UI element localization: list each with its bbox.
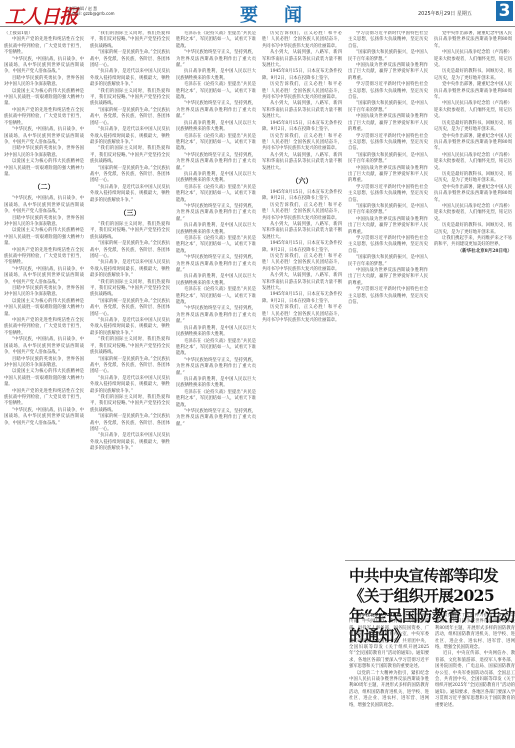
paragraph: “抗日战争，是近代以来中国人民反抗外敌入侵持续时间最长、规模最大、牺牲最多的民族…	[90, 433, 170, 452]
paragraph: 中国共产党的先进性和纯洁性在全民族抗战中得到检验，广大党员勇于担当，不怕牺牲。	[4, 389, 84, 408]
paragraph: 目睹中华民族的英勇抗争，世界各国对中国人民的斗争深表敬意。	[4, 216, 84, 229]
paragraph: 近日，中央宣传部、中央网信办、教育部、文化和旅游部、退役军人事务部、国务院国资委…	[349, 613, 429, 669]
section-title: 要闻	[240, 1, 328, 27]
paragraph: 中国抗战为世界反法西斯战争胜利作出了巨大贡献，赢得了世界爱好和平人民的尊重。	[348, 268, 428, 287]
paragraph: “抗日战争，是近代以来中国人民反抗外敌入侵持续时间最长、规模最大、牺牲最多的民族…	[90, 318, 170, 337]
paragraph: 中国人民抗日战争纪念馆（卢沟桥）迎来大批参观者，人们缅怀先烈，铭记历史。	[434, 101, 512, 120]
paragraph: 目睹中华民族的英勇抗争，世界各国对中国人民的斗争深表敬意。	[4, 357, 84, 370]
issue-date: 2025年8月29日 星期五	[418, 10, 472, 17]
paragraph: 中国人民抗日战争纪念馆（卢沟桥）迎来大批参观者，人们缅怀先烈，铭记历史。	[434, 204, 512, 223]
paragraph: “中华民族始终坚守正义，坚持到底，为世界反法西斯战争胜利作出了重大贡献。”	[176, 101, 256, 120]
paragraph: 以爱国主义为核心的伟大民族精神是中国人民战胜一切艰难险阻的强大精神力量。	[4, 369, 84, 388]
paragraph: 毛泽东在《论持久战》里提出“兵民是胜利之本”，军民团结如一人，试看天下谁能敌。	[176, 287, 256, 306]
paragraph: “国家的统一是民族的生命。”全民族抗战中，各党派、各民族、各阶层、各团体团结一心…	[90, 166, 170, 185]
paragraph: “国家的强大和民族的振兴，是中国人民千百年来的梦想。”	[348, 204, 428, 217]
paragraph: 中国共产党的先进性和纯洁性在全民族抗战中得到检验，广大党员勇于担当，不怕牺牲。	[4, 37, 84, 56]
paragraph: “国家的强大和民族的振兴，是中国人民千百年来的梦想。”	[348, 255, 428, 268]
paragraph: 以爱国主义为核心的伟大民族精神是中国人民战胜一切艰难险阻的强大精神力量。	[4, 89, 84, 108]
paragraph: “我们的国际主义同时，我们热爱和平，我们反对侵略。”中国共产党坚持全民族抗战路线…	[90, 280, 170, 299]
paragraph: “中华民族始终坚守正义，坚持到底，为世界反法西斯战争胜利作出了重大贡献。”	[176, 50, 256, 69]
paragraph: “国家的统一是民族的生命。”全民族抗战中，各党派、各民族、各阶层、各团体团结一心…	[90, 299, 170, 318]
paragraph: 抗日战争的胜利，是中国人民以巨大民族牺牲换来的伟大胜利。	[176, 172, 256, 185]
paragraph: 中国人民抗日战争纪念馆（卢沟桥）迎来大批参观者，人们缅怀先烈，铭记历史。	[434, 153, 512, 172]
column-4: 历史告诉我们，正义必胜！和平必胜！人民必胜！全国各族人民团结奋斗，共同书写中华民…	[262, 31, 342, 559]
paragraph: 学习贯彻习近平新时代中国特色社会主义思想，弘扬伟大抗战精神，坚定历史自信。	[348, 236, 428, 255]
header-divider	[0, 26, 515, 27]
paragraph: “抗日战争，是近代以来中国人民反抗外敌入侵持续时间最长、规模最大、牺牲最多的民族…	[90, 376, 170, 395]
paragraph: 从小到大，从弱到强，八路军、新四军和华南抗日游击队等抗日武装力量不断发展壮大。	[262, 50, 342, 69]
second-article-column-2: 以党的二十大精神为指引，紧扣纪念中国人民抗日战争暨世界反法西斯战争胜利80周年主…	[435, 613, 515, 709]
paragraph: “国家的强大和民族的振兴，是中国人民千百年来的梦想。”	[348, 101, 428, 114]
paragraph: “我们的国际主义同时，我们热爱和平，我们反对侵略。”中国共产党坚持全民族抗战路线…	[90, 337, 170, 356]
paragraph: “国家的统一是民族的生命。”全民族抗战中，各党派、各民族、各阶层、各团体团结一心…	[90, 241, 170, 260]
paragraph: 中国抗战为世界反法西斯战争胜利作出了巨大贡献，赢得了世界爱好和平人民的尊重。	[348, 114, 428, 133]
paragraph: 以爱国主义为核心的伟大民族精神是中国人民战胜一切艰难险阻的强大精神力量。	[4, 159, 84, 178]
paragraph: 1945年8月15日，日本宣布无条件投降。9月2日，日本在投降书上签字。	[262, 241, 342, 254]
paragraph: “中华民族，中国抗战，抗日战争，中国战场，从中华民族到世界反法西斯战争，中国共产…	[4, 408, 84, 427]
section-marker: （三）	[90, 207, 170, 219]
paragraph: 学习贯彻习近平新时代中国特色社会主义思想，弘扬伟大抗战精神，坚定历史自信。	[348, 82, 428, 101]
paragraph: 从小到大，从弱到强，八路军、新四军和华南抗日游击队等抗日武装力量不断发展壮大。	[262, 273, 342, 292]
paragraph: 党中央作出部署，隆重纪念中国人民抗日战争暨世界反法西斯战争胜利80周年。	[434, 134, 512, 153]
paragraph: 历史是最好的教科书。回顾历史、铭记历史，是为了更好地开创未来。	[434, 121, 512, 134]
paragraph: “国家的强大和民族的振兴，是中国人民千百年来的梦想。”	[348, 153, 428, 166]
paragraph: 目睹中华民族的英勇抗争，世界各国对中国人民的斗争深表敬意。	[4, 76, 84, 89]
paragraph: “中华民族，中国抗战，抗日战争，中国战场，从中华民族到世界反法西斯战争，中国共产…	[4, 196, 84, 215]
paragraph: “国家的强大和民族的振兴，是中国人民千百年来的梦想。”	[348, 50, 428, 63]
paragraph: 中国共产党的先进性和纯洁性在全民族抗战中得到检验，广大党员勇于担当，不怕牺牲。	[4, 318, 84, 337]
paragraph: 以爱国主义为核心的伟大民族精神是中国人民战胜一切艰难险阻的强大精神力量。	[4, 299, 84, 318]
article-endnote: （新华社北京8月28日电）	[434, 249, 512, 255]
paragraph: 1945年8月15日，日本宣布无条件投降。9月2日，日本在投降书上签字。	[262, 69, 342, 82]
masthead: 工人日报 本版编辑 / 赵 慧 E-mail: gzzb@grrb.com 要闻…	[0, 0, 515, 26]
section-marker: （二）	[4, 181, 84, 193]
second-article: 新华社北京8月28日电 近日，中央宣传部、中央网信办、教育部、文化和旅游部、退役…	[349, 613, 515, 745]
paragraph: 历史告诉我们，正义必胜！和平必胜！人民必胜！全国各族人民团结奋斗，共同书写中华民…	[262, 254, 342, 273]
paragraph: 毛泽东在《论持久战》里提出“兵民是胜利之本”，军民团结如一人，试看天下谁能敌。	[176, 185, 256, 204]
column-3: 毛泽东在《论持久战》里提出“兵民是胜利之本”，军民团结如一人，试看天下谁能敌。 …	[176, 31, 256, 745]
paragraph: 以党的二十大精神为指引，紧扣纪念中国人民抗日战争暨世界反法西斯战争胜利80周年主…	[435, 613, 515, 651]
paragraph: 历史告诉我们，正义必胜！和平必胜！人民必胜！全国各族人民团结奋斗，共同书写中华民…	[262, 203, 342, 222]
second-article-column-1: 新华社北京8月28日电 近日，中央宣传部、中央网信办、教育部、文化和旅游部、退役…	[349, 613, 429, 709]
paragraph: 历史是最好的教科书。回顾历史、铭记历史，是为了更好地开创未来。	[434, 223, 512, 236]
paragraph: 中国共产党的先进性和纯洁性在全民族抗战中得到检验，广大党员勇于担当，不怕牺牲。	[4, 248, 84, 267]
paragraph: 毛泽东在《论持久战》里提出“兵民是胜利之本”，军民团结如一人，试看天下谁能敌。	[176, 134, 256, 153]
paragraph: 党中央作出部署，隆重纪念中国人民抗日战争暨世界反法西斯战争胜利80周年。	[434, 185, 512, 204]
paragraph: 抗日战争的胜利，是中国人民以巨大民族牺牲换来的伟大胜利。	[176, 326, 256, 339]
paragraph: “中华民族，中国抗战，抗日战争，中国战场，从中华民族到世界反法西斯战争，中国共产…	[4, 127, 84, 146]
paragraph: 目睹中华民族的英勇抗争，世界各国对中国人民的斗争深表敬意。	[4, 146, 84, 159]
paragraph: 历史告诉我们，正义必胜！和平必胜！人民必胜！全国各族人民团结奋斗，共同书写中华民…	[262, 305, 342, 324]
page-number: 3	[496, 1, 513, 21]
paragraph: 党中央作出部署，隆重纪念中国人民抗日战争暨世界反法西斯战争胜利80周年。	[434, 31, 512, 50]
paragraph: 抗日战争的胜利，是中国人民以巨大民族牺牲换来的伟大胜利。	[176, 377, 256, 390]
column-2: “我们的国际主义同时，我们热爱和平，我们反对侵略。”中国共产党坚持全民族抗战路线…	[90, 31, 170, 745]
paragraph: “抗日战争，是近代以来中国人民反抗外敌入侵持续时间最长、规模最大、牺牲最多的民族…	[90, 185, 170, 204]
dateline: 新华社北京8月28日电	[357, 613, 401, 618]
paragraph: “我们的国际主义同时，我们热爱和平，我们反对侵略。”中国共产党坚持全民族抗战路线…	[90, 146, 170, 165]
paragraph: “抗日战争，是近代以来中国人民反抗外敌入侵持续时间最长、规模最大、牺牲最多的民族…	[90, 127, 170, 146]
paragraph: 毛泽东在《论持久战》里提出“兵民是胜利之本”，军民团结如一人，试看天下谁能敌。	[176, 390, 256, 409]
paragraph: 近日，中央宣传部、中央网信办、教育部、文化和旅游部、退役军人事务部、国务院国资委…	[435, 651, 515, 709]
paragraph: “我们的国际主义同时，我们热爱和平，我们反对侵略。”中国共产党坚持全民族抗战路线…	[90, 395, 170, 414]
paragraph: “国家的统一是民族的生命。”全民族抗战中，各党派、各民族、各阶层、各团体团结一心…	[90, 108, 170, 127]
paragraph: “中华民族始终坚守正义，坚持到底，为世界反法西斯战争胜利作出了重大贡献。”	[176, 153, 256, 172]
column-1: （上接第1版） 中国共产党的先进性和纯洁性在全民族抗战中得到检验，广大党员勇于担…	[4, 31, 84, 745]
paragraph: 党中央作出部署，隆重纪念中国人民抗日战争暨世界反法西斯战争胜利80周年。	[434, 82, 512, 101]
paragraph: 毛泽东在《论持久战》里提出“兵民是胜利之本”，军民团结如一人，试看天下谁能敌。	[176, 236, 256, 255]
paragraph: 中国共产党的先进性和纯洁性在全民族抗战中得到检验，广大党员勇于担当，不怕牺牲。	[4, 108, 84, 127]
paragraph: 学习贯彻习近平新时代中国特色社会主义思想，弘扬伟大抗战精神，坚定历史自信。	[348, 134, 428, 153]
editor-email: E-mail: gzzb@grrb.com	[68, 11, 115, 16]
paragraph: 从小到大，从弱到强，八路军、新四军和华南抗日游击队等抗日武装力量不断发展壮大。	[262, 101, 342, 120]
paragraph: “抗日战争，是近代以来中国人民反抗外敌入侵持续时间最长、规模最大、牺牲最多的民族…	[90, 260, 170, 279]
paragraph: 毛泽东在《论持久战》里提出“兵民是胜利之本”，军民团结如一人，试看天下谁能敌。	[176, 339, 256, 358]
paragraph: 历史是最好的教科书。回顾历史、铭记历史，是为了更好地开创未来。	[434, 172, 512, 185]
paragraph: 历史是最好的教科书。回顾历史、铭记历史，是为了更好地开创未来。	[434, 69, 512, 82]
paragraph: 1945年8月15日，日本宣布无条件投降。9月2日，日本在投降书上签字。	[262, 190, 342, 203]
paragraph: 中国抗战为世界反法西斯战争胜利作出了巨大贡献，赢得了世界爱好和平人民的尊重。	[348, 63, 428, 82]
paragraph: 从小到大，从弱到强，八路军、新四军和华南抗日游击队等抗日武装力量不断发展壮大。	[262, 222, 342, 241]
paragraph: 抗日战争的胜利，是中国人民以巨大民族牺牲换来的伟大胜利。	[176, 274, 256, 287]
paragraph: 抗日战争的胜利，是中国人民以巨大民族牺牲换来的伟大胜利。	[176, 121, 256, 134]
paragraph: “中华民族始终坚守正义，坚持到底，为世界反法西斯战争胜利作出了重大贡献。”	[176, 204, 256, 223]
paragraph: 抗日战争的胜利，是中国人民以巨大民族牺牲换来的伟大胜利。	[176, 223, 256, 236]
paragraph: “国家的统一是民族的生命。”全民族抗战中，各党派、各民族、各阶层、各团体团结一心…	[90, 414, 170, 433]
paragraph: 历史告诉我们，正义必胜！和平必胜！人民必胜！全国各族人民团结奋斗，共同书写中华民…	[262, 82, 342, 101]
paragraph: “我们的国际主义同时，我们热爱和平，我们反对侵略。”中国共产党坚持全民族抗战路线…	[90, 89, 170, 108]
paragraph: “国家的统一是民族的生命。”全民族抗战中，各党派、各民族、各阶层、各团体团结一心…	[90, 357, 170, 376]
paragraph: 让我们携起手来，共同维护来之不易的和平，共同建设更加美好的世界。	[434, 236, 512, 249]
paragraph: “中华民族始终坚守正义，坚持到底，为世界反法西斯战争胜利作出了重大贡献。”	[176, 306, 256, 325]
paragraph: 中国抗战为世界反法西斯战争胜利作出了巨大贡献，赢得了世界爱好和平人民的尊重。	[348, 217, 428, 236]
paragraph: 学习贯彻习近平新时代中国特色社会主义思想，弘扬伟大抗战精神，坚定历史自信。	[348, 287, 428, 306]
paragraph: “国家的统一是民族的生命。”全民族抗战中，各党派、各民族、各阶层、各团体团结一心…	[90, 50, 170, 69]
paragraph: 学习贯彻习近平新时代中国特色社会主义思想，弘扬伟大抗战精神，坚定历史自信。	[348, 31, 428, 50]
paragraph: 从小到大，从弱到强，八路军、新四军和华南抗日游击队等抗日武装力量不断发展壮大。	[262, 153, 342, 172]
paragraph: 以党的二十大精神为指引，紧扣纪念中国人民抗日战争暨世界反法西斯战争胜利80周年主…	[349, 671, 429, 709]
column-6: 党中央作出部署，隆重纪念中国人民抗日战争暨世界反法西斯战争胜利80周年。 中国人…	[434, 31, 512, 559]
paragraph: “我们的国际主义同时，我们热爱和平，我们反对侵略。”中国共产党坚持全民族抗战路线…	[90, 222, 170, 241]
paragraph: 学习贯彻习近平新时代中国特色社会主义思想，弘扬伟大抗战精神，坚定历史自信。	[348, 185, 428, 204]
paragraph: “中华民族，中国抗战，抗日战争，中国战场，从中华民族到世界反法西斯战争，中国共产…	[4, 267, 84, 286]
paragraph: 1945年8月15日，日本宣布无条件投降。9月2日，日本在投降书上签字。	[262, 292, 342, 305]
paragraph: “中华民族始终坚守正义，坚持到底，为世界反法西斯战争胜利作出了重大贡献。”	[176, 409, 256, 428]
editor-info: 本版编辑 / 赵 慧 E-mail: gzzb@grrb.com	[68, 6, 115, 16]
section-marker: （六）	[262, 175, 342, 187]
paragraph: 中国人民抗日战争纪念馆（卢沟桥）迎来大批参观者，人们缅怀先烈，铭记历史。	[434, 50, 512, 69]
newspaper-logo: 工人日报	[5, 2, 77, 29]
paragraph: 历史告诉我们，正义必胜！和平必胜！人民必胜！全国各族人民团结奋斗，共同书写中华民…	[262, 134, 342, 153]
paragraph: 1945年8月15日，日本宣布无条件投降。9月2日，日本在投降书上签字。	[262, 121, 342, 134]
paragraph: “抗日战争，是近代以来中国人民反抗外敌入侵持续时间最长、规模最大、牺牲最多的民族…	[90, 69, 170, 88]
paragraph: “中华民族，中国抗战，抗日战争，中国战场，从中华民族到世界反法西斯战争，中国共产…	[4, 337, 84, 356]
article-divider	[345, 560, 515, 561]
paragraph: 中国抗战为世界反法西斯战争胜利作出了巨大贡献，赢得了世界爱好和平人民的尊重。	[348, 166, 428, 185]
paragraph: “中华民族，中国抗战，抗日战争，中国战场，从中华民族到世界反法西斯战争，中国共产…	[4, 57, 84, 76]
paragraph: “中华民族始终坚守正义，坚持到底，为世界反法西斯战争胜利作出了重大贡献。”	[176, 358, 256, 377]
paragraph: 目睹中华民族的英勇抗争，世界各国对中国人民的斗争深表敬意。	[4, 286, 84, 299]
paragraph: “中华民族始终坚守正义，坚持到底，为世界反法西斯战争胜利作出了重大贡献。”	[176, 255, 256, 274]
paragraph: 毛泽东在《论持久战》里提出“兵民是胜利之本”，军民团结如一人，试看天下谁能敌。	[176, 31, 256, 50]
paragraph: 抗日战争的胜利，是中国人民以巨大民族牺牲换来的伟大胜利。	[176, 69, 256, 82]
paragraph: 以爱国主义为核心的伟大民族精神是中国人民战胜一切艰难险阻的强大精神力量。	[4, 228, 84, 247]
column-5: 学习贯彻习近平新时代中国特色社会主义思想，弘扬伟大抗战精神，坚定历史自信。 “国…	[348, 31, 428, 559]
paragraph: 历史告诉我们，正义必胜！和平必胜！人民必胜！全国各族人民团结奋斗，共同书写中华民…	[262, 31, 342, 50]
paragraph: “我们的国际主义同时，我们热爱和平，我们反对侵略。”中国共产党坚持全民族抗战路线…	[90, 31, 170, 50]
paragraph: 毛泽东在《论持久战》里提出“兵民是胜利之本”，军民团结如一人，试看天下谁能敌。	[176, 82, 256, 101]
